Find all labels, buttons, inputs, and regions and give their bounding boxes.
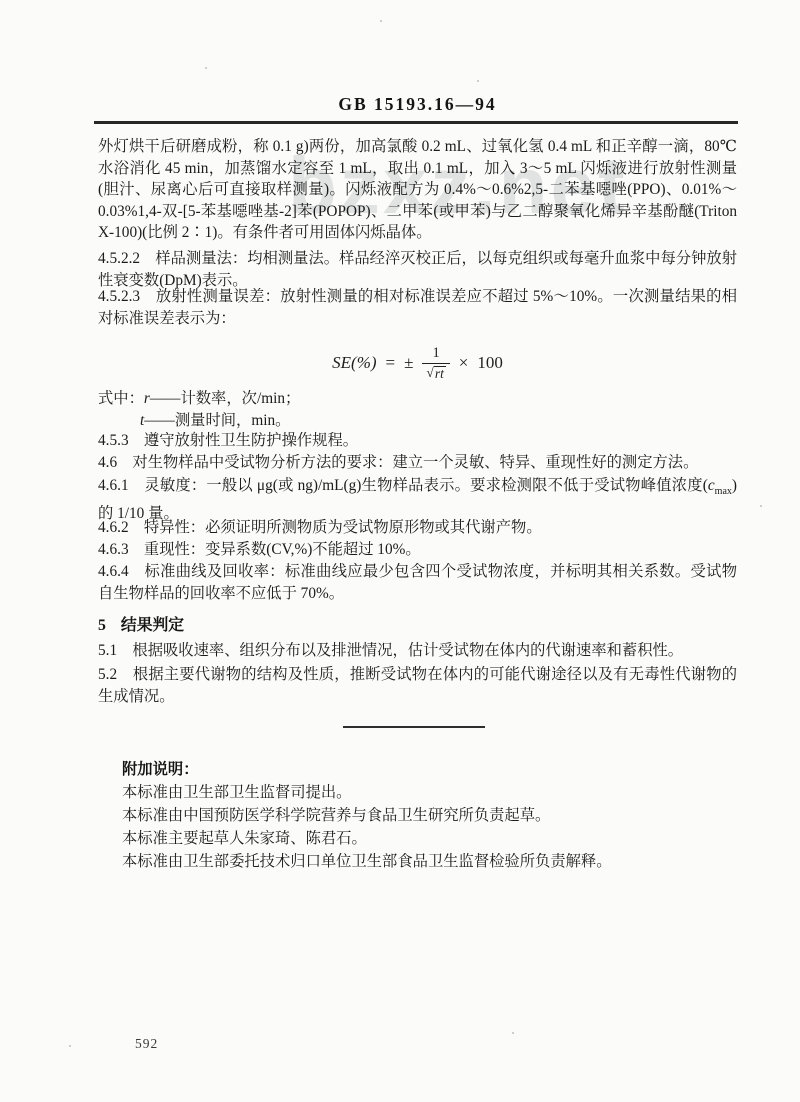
section-4-6-4: 4.6.4 标准曲线及回收率：标准曲线应最少包含四个受试物浓度，并标明其相关系数…	[98, 561, 737, 604]
heading-5-title: 结果判定	[121, 617, 184, 634]
note-line: 本标准由卫生部委托技术归口单位卫生部食品卫生监督检验所负责解释。	[122, 851, 612, 874]
note-line: 本标准由中国预防医学科学院营养与食品卫生研究所负责起草。	[122, 805, 612, 828]
section-5-1: 5.1 根据吸收速率、组织分布以及排泄情况，估计受试物在体内的代谢速率和蓄积性。	[98, 640, 737, 662]
subscript-max: max	[715, 486, 732, 497]
standard-number: GB 15193.16—94	[98, 94, 737, 115]
section-4-6-3: 4.6.3 重现性：变异系数(CV,%)不能超过 10%。	[98, 539, 737, 561]
section-4-5-3: 4.5.3 遵守放射性卫生防护操作规程。	[98, 430, 737, 452]
header-rule	[94, 121, 738, 124]
radicand: rt	[434, 366, 446, 381]
fraction-denominator: √rt	[426, 364, 445, 381]
equals-sign: =	[386, 353, 396, 373]
where-label: 式中：	[98, 390, 144, 407]
variable-t-description: ——测量时间，min。	[144, 412, 290, 429]
formula-multiplier: 100	[477, 353, 503, 373]
section-4-6-1-text: 4.6.1 灵敏度：一般以 μg(或 ng)/mL(g)生物样品表示。要求检测限…	[98, 477, 708, 494]
radical-icon: √	[426, 366, 433, 380]
variable-c: c	[708, 477, 715, 494]
plus-minus-sign: ±	[404, 353, 413, 373]
separator-rule	[343, 726, 485, 728]
section-4-5-2-3: 4.5.2.3 放射性测量误差：放射性测量的相对标准误差应不超过 5%～10%。…	[98, 286, 737, 329]
scan-speck	[69, 1045, 71, 1047]
formula-legend-line-2: t——测量时间，min。	[140, 410, 290, 432]
document-page: bzxz.net GB 15193.16—94 外灯烘干后研磨成粉，称 0.1 …	[0, 0, 800, 1102]
section-5-2: 5.2 根据主要代谢物的结构及性质，推断受试物在体内的可能代谢途径以及有无毒性代…	[98, 664, 737, 707]
formula-standard-error: SE(%) = ± 1 √rt × 100	[98, 341, 737, 385]
page-content: GB 15193.16—94 外灯烘干后研磨成粉，称 0.1 g)两份，加高氯酸…	[98, 0, 737, 1102]
fraction-numerator: 1	[422, 346, 449, 364]
section-4-6-2: 4.6.2 特异性：必须证明所测物质为受试物原形物或其代谢产物。	[98, 517, 737, 539]
notes-title: 附加说明：	[122, 759, 612, 782]
paragraph-continued: 外灯烘干后研磨成粉，称 0.1 g)两份，加高氯酸 0.2 mL、过氧化氢 0.…	[98, 136, 737, 244]
formula-legend-line-1: 式中：r——计数率，次/min；	[98, 388, 300, 410]
additional-notes: 附加说明： 本标准由卫生部卫生监督司提出。 本标准由中国预防医学科学院营养与食品…	[122, 759, 612, 874]
heading-5-number: 5	[98, 617, 106, 634]
section-4-6: 4.6 对生物样品中受试物分析方法的要求：建立一个灵敏、特异、重现性好的测定方法…	[98, 452, 737, 474]
section-4-5-2-2: 4.5.2.2 样品测量法：均相测量法。样品经淬灭校正后，以每克组织或每毫升血浆…	[98, 248, 737, 291]
note-line: 本标准主要起草人朱家琦、陈君石。	[122, 828, 612, 851]
formula-lhs: SE(%)	[332, 353, 376, 373]
scan-speck	[760, 505, 762, 507]
times-sign: ×	[459, 353, 469, 373]
fraction: 1 √rt	[422, 346, 449, 380]
variable-r-description: ——计数率，次/min；	[150, 390, 300, 407]
note-line: 本标准由卫生部卫生监督司提出。	[122, 782, 612, 805]
heading-5-results: 5结果判定	[98, 612, 184, 635]
